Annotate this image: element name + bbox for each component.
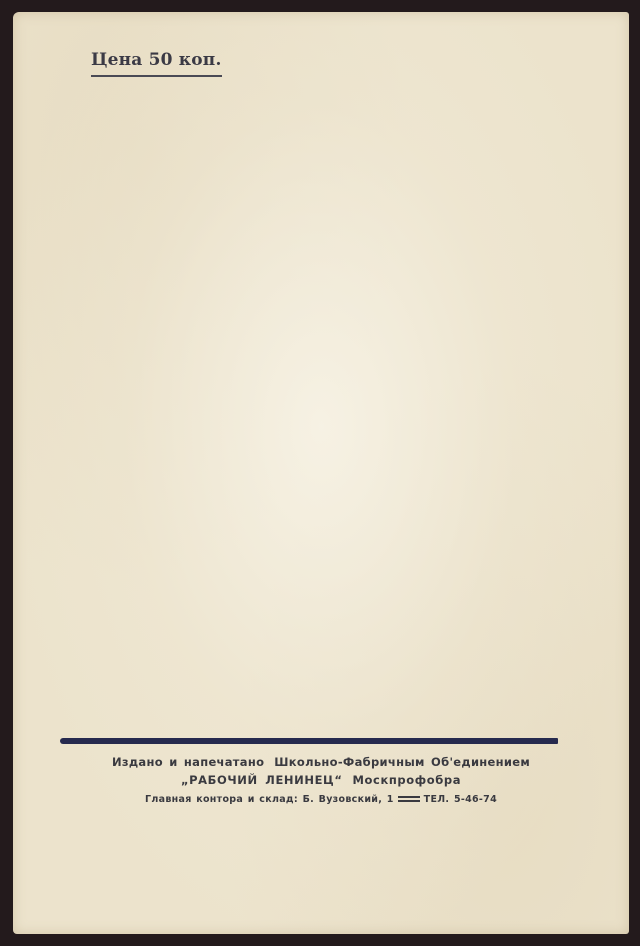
imprint-organization: Школьно-Фабричным Об'единением: [274, 755, 530, 769]
imprint-line-name: „РАБОЧИЙ ЛЕНИНЕЦ“Москпрофобра: [13, 773, 629, 787]
publisher-name: „РАБОЧИЙ ЛЕНИНЕЦ“: [181, 773, 343, 787]
publisher-suffix: Москпрофобра: [352, 773, 461, 787]
phone-text: ТЕЛ. 5-46-74: [424, 794, 497, 805]
price-label: Цена 50 коп.: [91, 50, 222, 70]
imprint-line-address: Главная контора и склад: Б. Вузовский, 1…: [13, 794, 629, 805]
horizontal-rule: [60, 738, 558, 744]
imprint-line-publisher: Издано и напечатаноШкольно-Фабричным Об'…: [13, 755, 629, 769]
address-text: Главная контора и склад: Б. Вузовский, 1: [145, 794, 394, 805]
imprint-prefix: Издано и напечатано: [112, 755, 264, 769]
price-underline: [91, 75, 222, 77]
back-cover-page: Цена 50 коп. Издано и напечатаноШкольно-…: [13, 12, 629, 934]
double-line-separator-icon: [398, 796, 420, 802]
